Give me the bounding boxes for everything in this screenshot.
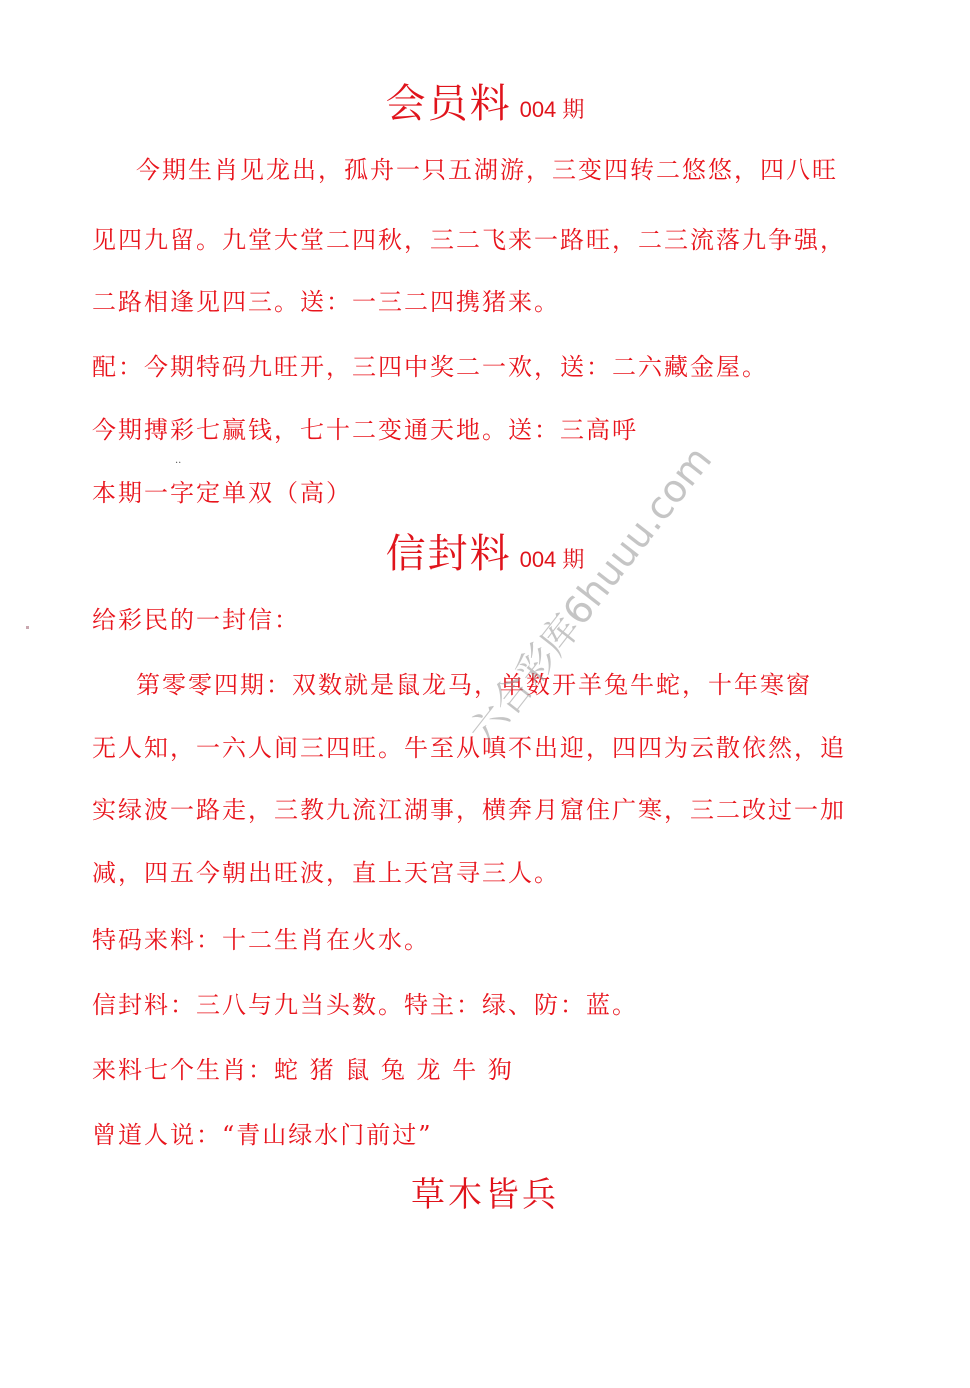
stray-dots: .. [175, 455, 181, 466]
section2-line-8: 曾道人说：“青山绿水门前过” [92, 1115, 433, 1150]
section2-title: 信封料 [386, 531, 512, 577]
section2-greeting: 给彩民的一封信： [92, 600, 300, 635]
section1-title: 会员料 [386, 81, 512, 127]
section1-issue: 004 期 [520, 97, 585, 122]
section1-line-2: 见四九留。九堂大堂二四秋，三二飞来一路旺，二三流落九争强， [92, 220, 846, 255]
section2-line-5: 特码来料：十二生肖在火水。 [92, 920, 430, 955]
footer-title: 草木皆兵 [411, 1175, 559, 1215]
section1-line-3: 二路相逢见四三。送：一三二四携猪来。 [92, 282, 560, 317]
section2-line-7: 来料七个生肖：蛇 猪 鼠 兔 龙 牛 狗 [92, 1050, 514, 1085]
section1-line-4: 配：今期特码九旺开，三四中奖二一欢，送：二六藏金屋。 [92, 347, 768, 382]
document-page: 会员料004 期 今期生肖见龙出，孤舟一只五湖游，三变四转二悠悠，四八旺 见四九… [0, 0, 970, 1388]
section1-heading: 会员料004 期 [0, 72, 970, 129]
scan-speck [26, 626, 29, 629]
section1-line-6: 本期一字定单双（高） [92, 473, 352, 508]
watermark-text: 六合彩库6huuu.com [453, 432, 722, 754]
section1-line-5: 今期搏彩七赢钱，七十二变通天地。送：三高呼 [92, 410, 638, 445]
section2-line-3: 实绿波一路走，三教九流江湖事，横奔月窟住广寒，三二改过一加 [92, 790, 846, 825]
section2-heading: 信封料004 期 [0, 522, 970, 579]
section2-line-4: 减，四五今朝出旺波，直上天宫寻三人。 [92, 853, 560, 888]
section1-line-1: 今期生肖见龙出，孤舟一只五湖游，三变四转二悠悠，四八旺 [136, 150, 838, 185]
section2-line-6: 信封料：三八与九当头数。特主：绿、防：蓝。 [92, 985, 638, 1020]
footer-heading: 草木皆兵 [0, 1167, 970, 1216]
